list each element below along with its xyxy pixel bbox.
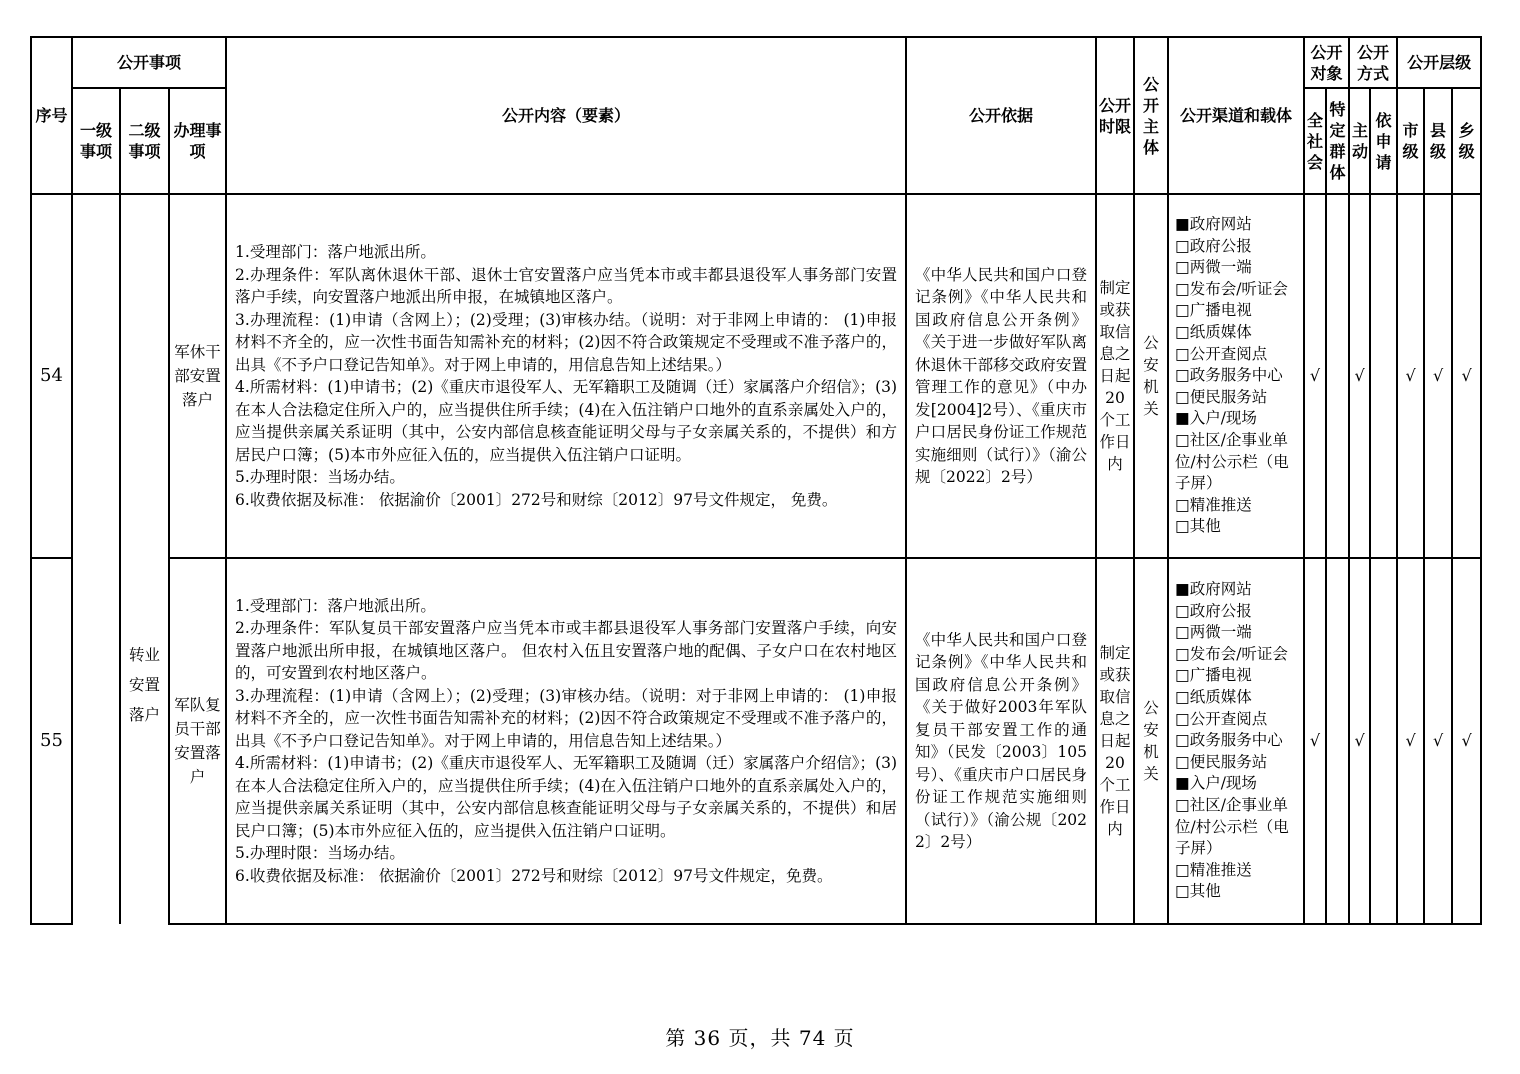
- channel-item: 精准推送: [1175, 860, 1300, 882]
- channel-item: 入户/现场: [1175, 408, 1300, 430]
- content-list: 1.受理部门：落户地派出所。2.办理条件：军队离休退休干部、退休士官安置落户应当…: [235, 241, 897, 511]
- checkbox-icon: [1175, 517, 1190, 535]
- checkbox-icon: [1175, 366, 1190, 384]
- channel-label: 发布会/听证会: [1190, 280, 1288, 298]
- channels-cell: 政府网站 政府公报 两微一端 发布会/听证会 广播电视 纸质媒体 公开查阅点: [1168, 558, 1304, 924]
- channel-list: 政府网站 政府公报 两微一端 发布会/听证会 广播电视 纸质媒体 公开查阅点: [1175, 214, 1300, 538]
- checkbox-icon: [1175, 731, 1190, 749]
- checkbox-icon: [1175, 710, 1190, 728]
- channel-item: 其他: [1175, 516, 1300, 538]
- checkbox-icon: [1175, 753, 1190, 771]
- col-header-target-specific: 特定群体: [1326, 88, 1349, 194]
- channel-item: 政务服务中心: [1175, 365, 1300, 387]
- checkbox-icon: [1175, 258, 1190, 276]
- table-row-54: 54 转业安置落户 军休干部安置落户 1.受理部门：落户地派出所。2.办理条件：…: [31, 194, 1481, 558]
- channel-label: 便民服务站: [1190, 388, 1268, 406]
- channel-item: 广播电视: [1175, 300, 1300, 322]
- flag-level-town: √: [1452, 558, 1481, 924]
- channel-label: 精准推送: [1190, 861, 1252, 879]
- channel-label: 社区/企事业单位/村公示栏（电子屏）: [1175, 431, 1289, 492]
- content-paragraph: 3.办理流程：(1)申请（含网上）；(2)受理；(3)审核办结。（说明：对于非网…: [235, 685, 897, 753]
- col-header-method-group: 公开方式: [1349, 37, 1397, 88]
- flag-level-county: √: [1424, 558, 1452, 924]
- channel-label: 发布会/听证会: [1190, 645, 1288, 663]
- content-paragraph: 4.所需材料：(1)申请书；(2)《重庆市退役军人、无军籍职工及随调（迁）家属落…: [235, 376, 897, 466]
- channels-cell: 政府网站 政府公报 两微一端 发布会/听证会 广播电视 纸质媒体 公开查阅点: [1168, 194, 1304, 558]
- checkbox-icon: [1175, 215, 1190, 233]
- channel-item: 其他: [1175, 881, 1300, 903]
- channel-label: 便民服务站: [1190, 753, 1268, 771]
- checkbox-icon: [1175, 323, 1190, 341]
- serial-number: 55: [31, 558, 72, 924]
- channel-item: 政务服务中心: [1175, 730, 1300, 752]
- col-header-method-active: 主动: [1349, 88, 1370, 194]
- col-header-serial: 序号: [31, 37, 72, 194]
- channel-label: 政府公报: [1190, 602, 1252, 620]
- channel-item: 社区/企事业单位/村公示栏（电子屏）: [1175, 795, 1300, 860]
- channel-label: 广播电视: [1190, 301, 1252, 319]
- channel-label: 两微一端: [1190, 258, 1252, 276]
- channel-label: 公开查阅点: [1190, 345, 1268, 363]
- content-paragraph: 3.办理流程：(1)申请（含网上）；(2)受理；(3)审核办结。（说明：对于非网…: [235, 309, 897, 377]
- page-number-footer: 第 36 页，共 74 页: [0, 1022, 1520, 1051]
- checkbox-icon: [1175, 496, 1190, 514]
- channel-label: 公开查阅点: [1190, 710, 1268, 728]
- col-header-subject: 公开主体: [1134, 37, 1168, 194]
- level2-item-cell: 转业安置落户: [120, 194, 169, 924]
- channel-label: 政府网站: [1190, 580, 1252, 598]
- checkbox-icon: [1175, 645, 1190, 663]
- checkbox-icon: [1175, 431, 1190, 449]
- checkbox-icon: [1175, 882, 1190, 900]
- col-header-level-group: 公开层级: [1397, 37, 1481, 88]
- channel-label: 政务服务中心: [1190, 366, 1283, 384]
- flag-target-all: √: [1304, 558, 1326, 924]
- level1-item-cell: [72, 194, 120, 924]
- document-page: 序号 公开事项 公开内容（要素） 公开依据 公开时限 公开主体 公开渠道和载体 …: [0, 0, 1520, 1074]
- content-paragraph: 6.收费依据及标准： 依据渝价〔2001〕272号和财综〔2012〕97号文件规…: [235, 489, 897, 512]
- col-header-handling-item: 办理事项: [169, 88, 226, 194]
- content-paragraph: 6.收费依据及标准： 依据渝价〔2001〕272号和财综〔2012〕97号文件规…: [235, 865, 897, 888]
- col-header-basis: 公开依据: [906, 37, 1096, 194]
- channel-item: 社区/企事业单位/村公示栏（电子屏）: [1175, 430, 1300, 495]
- channel-item: 政府网站: [1175, 579, 1300, 601]
- col-header-level1-item: 一级事项: [72, 88, 120, 194]
- channel-item: 精准推送: [1175, 495, 1300, 517]
- flag-method-request: [1370, 194, 1397, 558]
- channel-item: 发布会/听证会: [1175, 279, 1300, 301]
- content-cell: 1.受理部门：落户地派出所。2.办理条件：军队离休退休干部、退休士官安置落户应当…: [226, 194, 906, 558]
- subject-cell: 公安机关: [1134, 558, 1168, 924]
- basis-cell: 《中华人民共和国户口登记条例》《中华人民共和国政府信息公开条例》《关于进一步做好…: [906, 194, 1096, 558]
- col-header-target-all: 全社会: [1304, 88, 1326, 194]
- channel-item: 两微一端: [1175, 622, 1300, 644]
- flag-level-city: √: [1397, 194, 1424, 558]
- checkbox-icon: [1175, 280, 1190, 298]
- channel-item: 公开查阅点: [1175, 709, 1300, 731]
- col-header-level-city: 市级: [1397, 88, 1424, 194]
- col-header-disclosure-matters: 公开事项: [72, 37, 226, 88]
- col-header-time-limit: 公开时限: [1096, 37, 1134, 194]
- channel-label: 入户/现场: [1190, 774, 1257, 792]
- content-paragraph: 1.受理部门：落户地派出所。: [235, 595, 897, 618]
- time-limit-cell: 制定或获取信息之日起20个工作日内: [1096, 558, 1134, 924]
- channel-item: 公开查阅点: [1175, 344, 1300, 366]
- channel-item: 便民服务站: [1175, 752, 1300, 774]
- checkbox-icon: [1175, 796, 1190, 814]
- checkbox-icon: [1175, 688, 1190, 706]
- content-paragraph: 5.办理时限：当场办结。: [235, 466, 897, 489]
- content-paragraph: 5.办理时限：当场办结。: [235, 842, 897, 865]
- handling-item-cell: 军休干部安置落户: [169, 194, 226, 558]
- checkbox-icon: [1175, 602, 1190, 620]
- handling-item-cell: 军队复员干部安置落户: [169, 558, 226, 924]
- channel-item: 便民服务站: [1175, 387, 1300, 409]
- checkbox-icon: [1175, 666, 1190, 684]
- flag-target-specific: [1326, 194, 1349, 558]
- channel-label: 社区/企事业单位/村公示栏（电子屏）: [1175, 796, 1289, 857]
- disclosure-table: 序号 公开事项 公开内容（要素） 公开依据 公开时限 公开主体 公开渠道和载体 …: [30, 36, 1482, 925]
- table-row-55: 55 军队复员干部安置落户 1.受理部门：落户地派出所。2.办理条件：军队复员干…: [31, 558, 1481, 924]
- col-header-level-town: 乡级: [1452, 88, 1481, 194]
- checkbox-icon: [1175, 623, 1190, 641]
- flag-method-active: √: [1349, 194, 1370, 558]
- content-list: 1.受理部门：落户地派出所。2.办理条件：军队复员干部安置落户应当凭本市或丰都县…: [235, 595, 897, 888]
- content-paragraph: 2.办理条件：军队离休退休干部、退休士官安置落户应当凭本市或丰都县退役军人事务部…: [235, 264, 897, 309]
- flag-method-active: √: [1349, 558, 1370, 924]
- channel-label: 政府网站: [1190, 215, 1252, 233]
- header-row-groups: 序号 公开事项 公开内容（要素） 公开依据 公开时限 公开主体 公开渠道和载体 …: [31, 37, 1481, 88]
- channel-label: 广播电视: [1190, 666, 1252, 684]
- channel-label: 其他: [1190, 517, 1221, 535]
- content-paragraph: 1.受理部门：落户地派出所。: [235, 241, 897, 264]
- col-header-channels: 公开渠道和载体: [1168, 37, 1304, 194]
- flag-target-all: √: [1304, 194, 1326, 558]
- channel-item: 两微一端: [1175, 257, 1300, 279]
- channel-item: 政府公报: [1175, 236, 1300, 258]
- channel-item: 发布会/听证会: [1175, 644, 1300, 666]
- subject-cell: 公安机关: [1134, 194, 1168, 558]
- content-paragraph: 2.办理条件：军队复员干部安置落户应当凭本市或丰都县退役军人事务部门安置落户手续…: [235, 617, 897, 685]
- col-header-method-request: 依申请: [1370, 88, 1397, 194]
- channel-item: 政府网站: [1175, 214, 1300, 236]
- channel-label: 其他: [1190, 882, 1221, 900]
- content-cell: 1.受理部门：落户地派出所。2.办理条件：军队复员干部安置落户应当凭本市或丰都县…: [226, 558, 906, 924]
- checkbox-icon: [1175, 345, 1190, 363]
- flag-target-specific: [1326, 558, 1349, 924]
- checkbox-icon: [1175, 301, 1190, 319]
- checkbox-icon: [1175, 580, 1190, 598]
- channel-label: 纸质媒体: [1190, 323, 1252, 341]
- serial-number: 54: [31, 194, 72, 558]
- flag-level-county: √: [1424, 194, 1452, 558]
- flag-level-city: √: [1397, 558, 1424, 924]
- col-header-content: 公开内容（要素）: [226, 37, 906, 194]
- channel-label: 入户/现场: [1190, 409, 1257, 427]
- content-paragraph: 4.所需材料：(1)申请书；(2)《重庆市退役军人、无军籍职工及随调（迁）家属落…: [235, 752, 897, 842]
- channel-item: 入户/现场: [1175, 773, 1300, 795]
- basis-cell: 《中华人民共和国户口登记条例》《中华人民共和国政府信息公开条例》《关于做好200…: [906, 558, 1096, 924]
- flag-method-request: [1370, 558, 1397, 924]
- time-limit-cell: 制定或获取信息之日起20个工作日内: [1096, 194, 1134, 558]
- checkbox-icon: [1175, 237, 1190, 255]
- channel-label: 政务服务中心: [1190, 731, 1283, 749]
- channel-label: 精准推送: [1190, 496, 1252, 514]
- col-header-target-group: 公开对象: [1304, 37, 1349, 88]
- checkbox-icon: [1175, 409, 1190, 427]
- checkbox-icon: [1175, 861, 1190, 879]
- checkbox-icon: [1175, 388, 1190, 406]
- checkbox-icon: [1175, 774, 1190, 792]
- channel-label: 两微一端: [1190, 623, 1252, 641]
- col-header-level2-item: 二级事项: [120, 88, 169, 194]
- channel-item: 政府公报: [1175, 601, 1300, 623]
- channel-list: 政府网站 政府公报 两微一端 发布会/听证会 广播电视 纸质媒体 公开查阅点: [1175, 579, 1300, 903]
- channel-item: 纸质媒体: [1175, 322, 1300, 344]
- channel-item: 广播电视: [1175, 665, 1300, 687]
- channel-label: 政府公报: [1190, 237, 1252, 255]
- channel-label: 纸质媒体: [1190, 688, 1252, 706]
- flag-level-town: √: [1452, 194, 1481, 558]
- channel-item: 纸质媒体: [1175, 687, 1300, 709]
- col-header-level-county: 县级: [1424, 88, 1452, 194]
